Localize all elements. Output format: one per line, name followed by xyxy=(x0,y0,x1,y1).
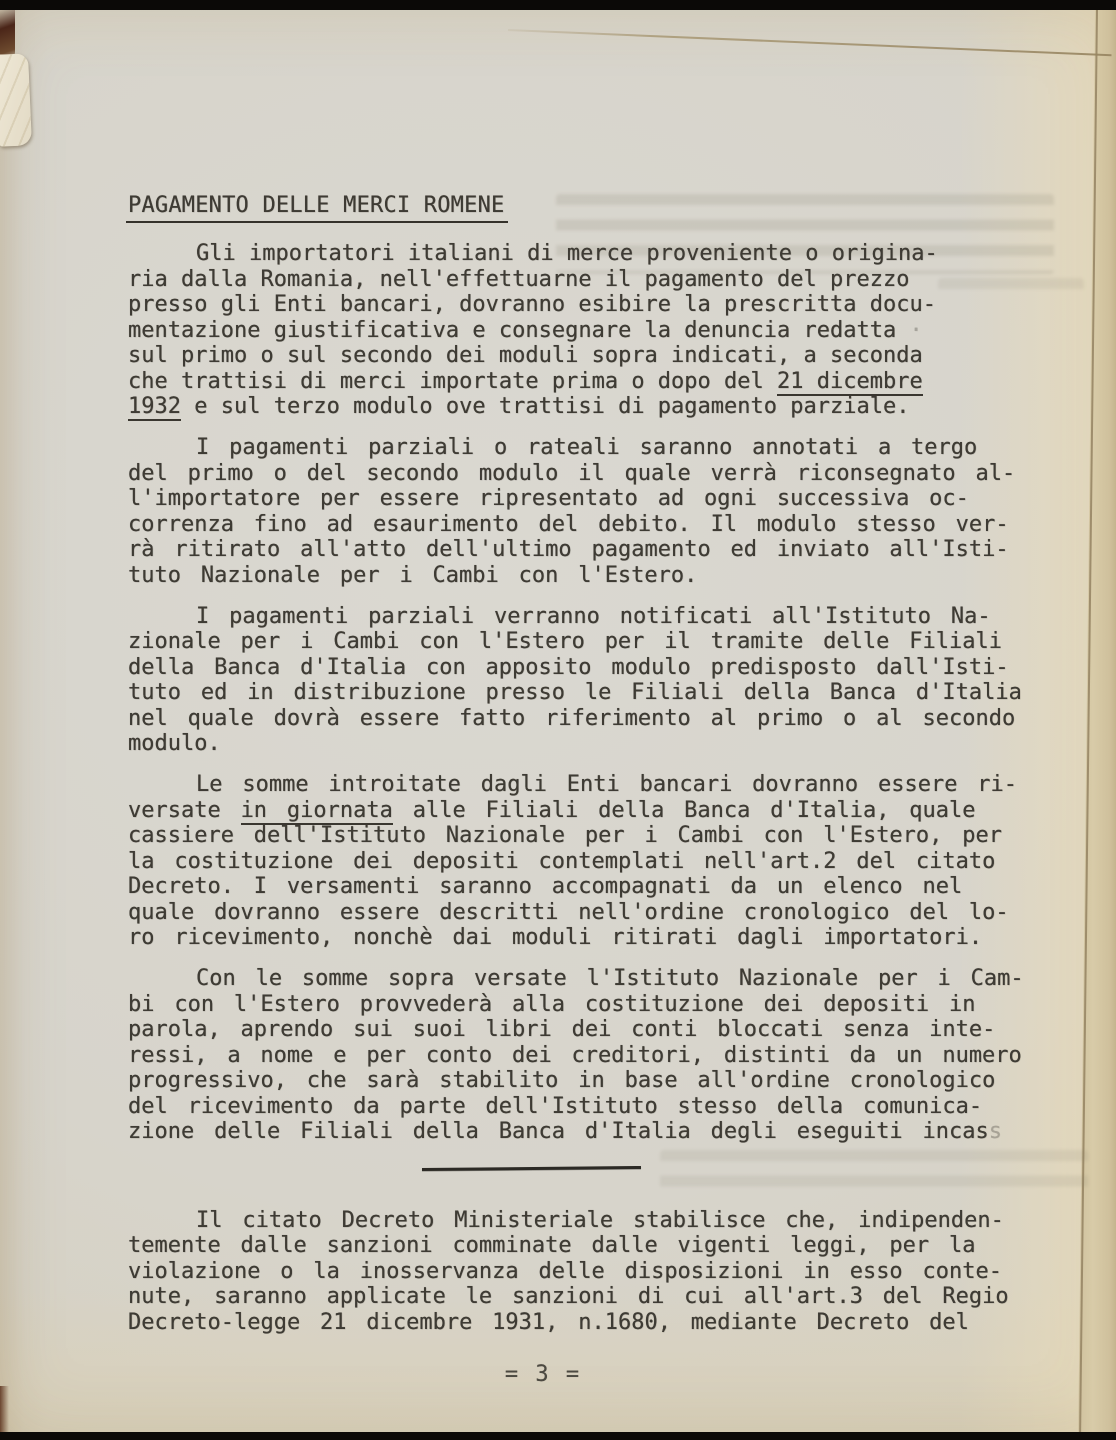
torn-paper-tab xyxy=(0,53,32,146)
text-line: del primo o del secondo modulo il quale … xyxy=(128,461,1088,487)
text-line: zionale per i Cambi con l'Estero per il … xyxy=(128,629,1088,655)
text-line: la costituzione dei depositi contemplati… xyxy=(128,849,1088,875)
text-line: tuto Nazionale per i Cambi con l'Estero. xyxy=(128,563,1088,589)
book-scan: PAGAMENTO DELLE MERCI ROMENE Gli importa… xyxy=(0,0,1116,1440)
footnote-divider xyxy=(422,1165,641,1170)
scan-border-top xyxy=(0,0,1116,10)
paragraph: Le somme introitate dagli Enti bancari d… xyxy=(128,772,1088,951)
text-line: Decreto. I versamenti saranno accompagna… xyxy=(128,874,1088,900)
text-line: cassiere dell'Istituto Nazionale per i C… xyxy=(128,823,1088,849)
text-line: del ricevimento da parte dell'Istituto s… xyxy=(128,1094,1088,1120)
text-line: Con le somme sopra versate l'Istituto Na… xyxy=(128,966,1088,992)
text-line: bi con l'Estero provvederà alla costituz… xyxy=(128,992,1088,1018)
paragraph: I pagamenti parziali verranno notificati… xyxy=(128,604,1088,757)
text-line: della Banca d'Italia con apposito modulo… xyxy=(128,655,1088,681)
text-line: 1932 e sul terzo modulo ove trattisi di … xyxy=(128,394,1088,420)
text-line: violazione o la inosservanza delle dispo… xyxy=(128,1259,1088,1285)
scan-border-bottom xyxy=(0,1432,1116,1440)
binding-sliver-top-left xyxy=(0,10,15,60)
paragraph: I pagamenti parziali o rateali saranno a… xyxy=(128,435,1088,588)
text-line: nute, saranno applicate le sanzioni di c… xyxy=(128,1284,1088,1310)
text-line: Decreto-legge 21 dicembre 1931, n.1680, … xyxy=(128,1310,1088,1336)
text-line: presso gli Enti bancari, dovranno esibir… xyxy=(128,292,1088,318)
underlying-page-corner-edge xyxy=(508,29,1112,56)
paragraph: Gli importatori italiani di merce proven… xyxy=(128,241,1088,420)
text-line: sul primo o sul secondo dei moduli sopra… xyxy=(128,343,1088,369)
text-line: Gli importatori italiani di merce proven… xyxy=(128,241,1088,267)
text-line: I pagamenti parziali verranno notificati… xyxy=(128,604,1088,630)
text-line: parola, aprendo sui suoi libri dei conti… xyxy=(128,1017,1088,1043)
text-line: ressi, a nome e per conto dei creditori,… xyxy=(128,1043,1088,1069)
page-number: = 3 = xyxy=(128,1362,958,1387)
body-paragraphs: Gli importatori italiani di merce proven… xyxy=(128,241,1088,1145)
text-line: correnza fino ad esaurimento del debito.… xyxy=(128,512,1088,538)
text-line: quale dovranno essere descritti nell'ord… xyxy=(128,900,1088,926)
text-line: rà ritirato all'atto dell'ultimo pagamen… xyxy=(128,537,1088,563)
text-line: Le somme introitate dagli Enti bancari d… xyxy=(128,772,1088,798)
text-line: Il citato Decreto Ministeriale stabilisc… xyxy=(128,1208,1088,1234)
binding-sliver-bottom-left xyxy=(0,1386,9,1434)
text-line: temente dalle sanzioni comminate dalle v… xyxy=(128,1233,1088,1259)
typewritten-content: PAGAMENTO DELLE MERCI ROMENE Gli importa… xyxy=(128,193,1088,1335)
text-line: tuto ed in distribuzione presso le Filia… xyxy=(128,680,1088,706)
paragraph: Con le somme sopra versate l'Istituto Na… xyxy=(128,966,1088,1145)
text-line: ro ricevimento, nonchè dai moduli ritira… xyxy=(128,925,1088,951)
document-page: PAGAMENTO DELLE MERCI ROMENE Gli importa… xyxy=(0,10,1116,1432)
document-title: PAGAMENTO DELLE MERCI ROMENE xyxy=(126,193,508,223)
text-line: modulo. xyxy=(128,731,1088,757)
footnote-paragraph: Il citato Decreto Ministeriale stabilisc… xyxy=(128,1208,1088,1336)
text-line: progressivo, che sarà stabilito in base … xyxy=(128,1068,1088,1094)
text-line: versate in giornata alle Filiali della B… xyxy=(128,798,1088,824)
paragraph: Il citato Decreto Ministeriale stabilisc… xyxy=(128,1208,1088,1336)
text-line: l'importatore per essere ripresentato ad… xyxy=(128,486,1088,512)
text-line: mentazione giustificativa e consegnare l… xyxy=(128,318,1088,344)
text-line: che trattisi di merci importate prima o … xyxy=(128,369,1088,395)
text-line: ria dalla Romania, nell'effettuarne il p… xyxy=(128,267,1088,293)
text-line: I pagamenti parziali o rateali saranno a… xyxy=(128,435,1088,461)
text-line: zione delle Filiali della Banca d'Italia… xyxy=(128,1119,1088,1145)
text-line: nel quale dovrà essere fatto riferimento… xyxy=(128,706,1088,732)
